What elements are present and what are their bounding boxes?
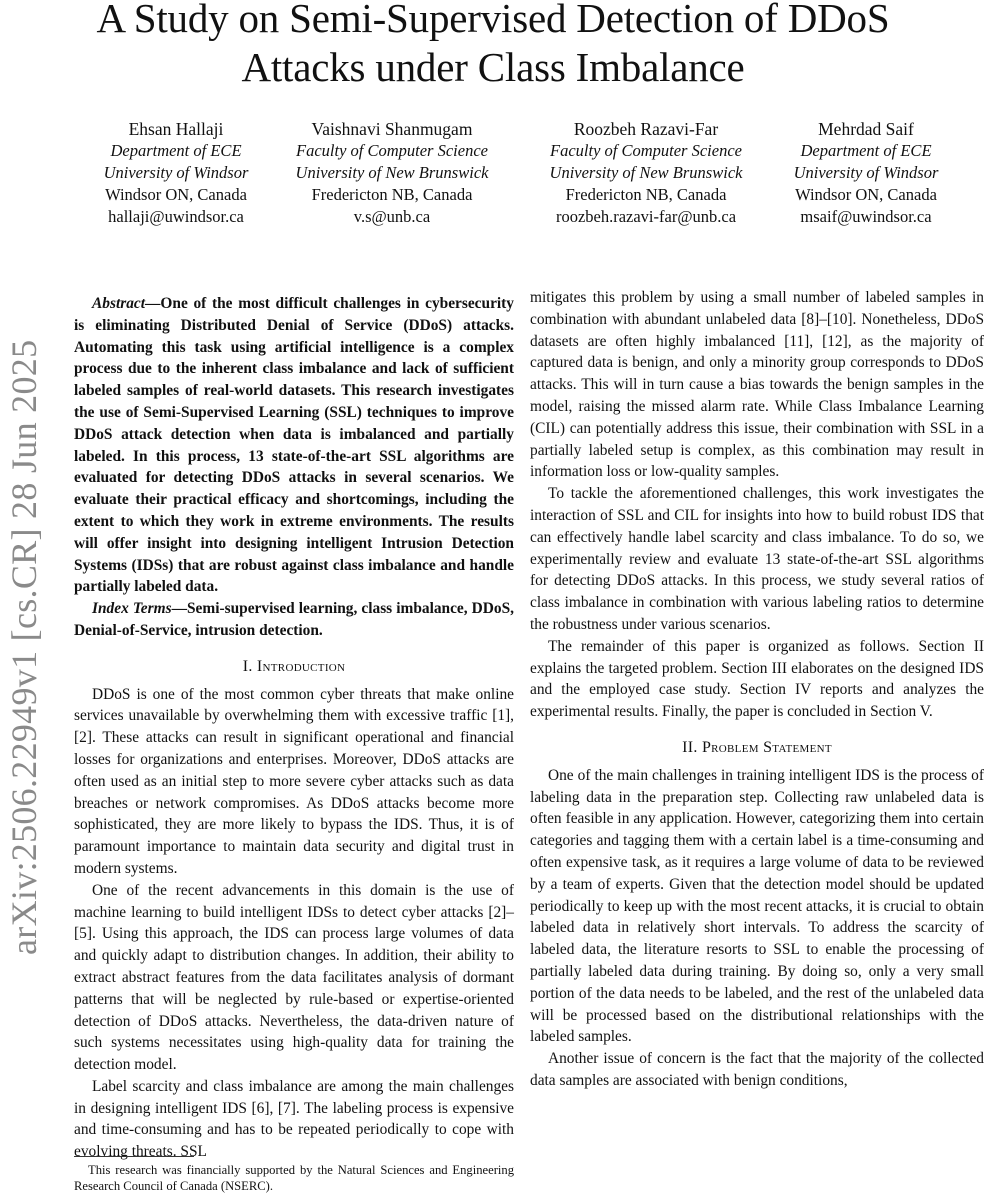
index-terms: Index Terms—Semi-supervised learning, cl…: [74, 598, 514, 642]
author-name: Vaishnavi Shanmugam: [282, 118, 502, 140]
author-univ: University of New Brunswick: [533, 162, 759, 184]
paragraph: The remainder of this paper is organized…: [530, 636, 984, 723]
author-email: roozbeh.razavi-far@unb.ca: [533, 206, 759, 228]
arxiv-stamp: arXiv:2506.22949v1 [cs.CR] 28 Jun 2025: [4, 340, 44, 955]
paragraph: DDoS is one of the most common cyber thr…: [74, 684, 514, 880]
paragraph-continued: mitigates this problem by using a small …: [530, 287, 984, 483]
paragraph: One of the main challenges in training i…: [530, 765, 984, 1048]
author-block: Ehsan Hallaji Department of ECE Universi…: [0, 118, 986, 238]
author-name: Roozbeh Razavi-Far: [533, 118, 759, 140]
author-univ: University of New Brunswick: [282, 162, 502, 184]
author-name: Mehrdad Saif: [786, 118, 946, 140]
author-location: Fredericton NB, Canada: [533, 184, 759, 206]
author-location: Windsor ON, Canada: [96, 184, 256, 206]
title-line-1: A Study on Semi-Supervised Detection of …: [97, 0, 890, 41]
author-univ: University of Windsor: [96, 162, 256, 184]
paragraph: Label scarcity and class imbalance are a…: [74, 1076, 514, 1163]
author-email: hallaji@uwindsor.ca: [96, 206, 256, 228]
section-heading-problem-statement: II. Problem Statement: [530, 737, 984, 759]
author-3: Roozbeh Razavi-Far Faculty of Computer S…: [533, 118, 759, 228]
paper-title: A Study on Semi-Supervised Detection of …: [0, 0, 986, 92]
abstract-text: —One of the most difficult challenges in…: [74, 295, 514, 595]
abstract: Abstract—One of the most difficult chall…: [74, 293, 514, 598]
author-email: v.s@unb.ca: [282, 206, 502, 228]
author-4: Mehrdad Saif Department of ECE Universit…: [786, 118, 946, 228]
author-1: Ehsan Hallaji Department of ECE Universi…: [96, 118, 256, 228]
author-location: Windsor ON, Canada: [786, 184, 946, 206]
author-dept: Department of ECE: [786, 140, 946, 162]
left-column: Abstract—One of the most difficult chall…: [74, 293, 514, 1163]
author-location: Fredericton NB, Canada: [282, 184, 502, 206]
paragraph: One of the recent advancements in this d…: [74, 880, 514, 1076]
title-line-2: Attacks under Class Imbalance: [241, 44, 744, 90]
paragraph: Another issue of concern is the fact tha…: [530, 1048, 984, 1092]
author-univ: University of Windsor: [786, 162, 946, 184]
right-column: mitigates this problem by using a small …: [530, 287, 984, 1092]
paragraph: To tackle the aforementioned challenges,…: [530, 483, 984, 636]
footnote: This research was financially supported …: [74, 1162, 514, 1194]
author-2: Vaishnavi Shanmugam Faculty of Computer …: [282, 118, 502, 228]
author-dept: Faculty of Computer Science: [282, 140, 502, 162]
author-dept: Faculty of Computer Science: [533, 140, 759, 162]
author-dept: Department of ECE: [96, 140, 256, 162]
author-email: msaif@uwindsor.ca: [786, 206, 946, 228]
footnote-divider: [74, 1156, 194, 1157]
index-terms-label: Index Terms: [92, 600, 172, 617]
author-name: Ehsan Hallaji: [96, 118, 256, 140]
abstract-label: Abstract: [92, 295, 145, 312]
section-heading-introduction: I. Introduction: [74, 656, 514, 678]
